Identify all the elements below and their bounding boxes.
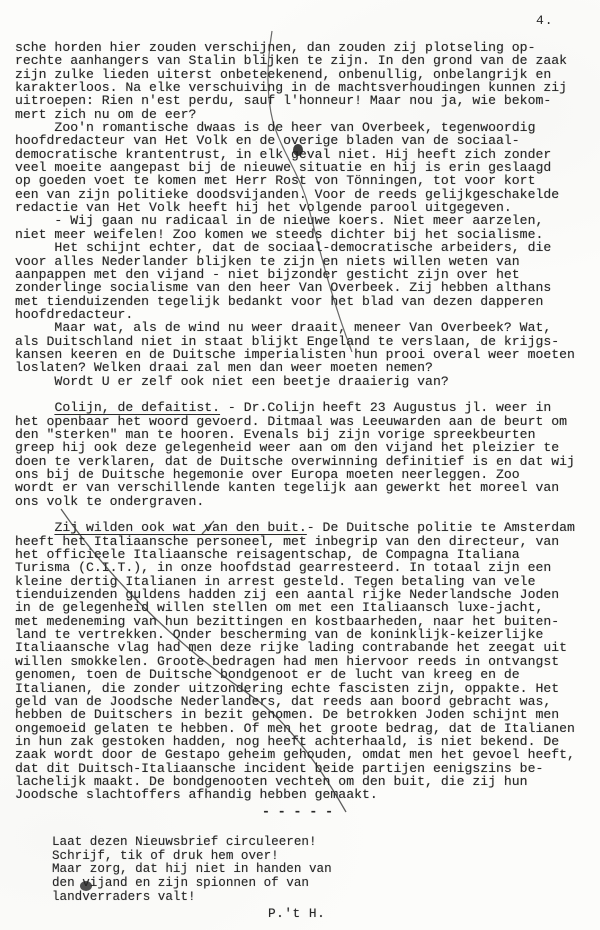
document-body-text: sche horden hier zouden verschijnen, dan…: [15, 41, 593, 802]
text-line: Turisma (C.I.T.), in onze hoofdstad gear…: [15, 561, 593, 574]
text-line: Schrijf, tik of druk hem over!: [52, 850, 332, 864]
text-line: Joodsche slachtoffers afhandig hebben ge…: [15, 788, 593, 801]
text-line: het officieele Italiaansche reisagentsch…: [15, 548, 593, 561]
text-line: zonderlinge socialisme van den heer Van …: [15, 281, 593, 294]
scanned-document-page: 4. sche horden hier zouden verschijnen, …: [0, 0, 600, 930]
text-line: wordt er van verschillende kanten tegeli…: [15, 481, 593, 494]
text-line: uitroepen: Rien n'est perdu, sauf l'honn…: [15, 94, 593, 107]
text-line: in hun zak gestoken hadden, nog heeft ac…: [15, 735, 593, 748]
text-line: Maar wat, als de wind nu weer draait, me…: [15, 321, 593, 334]
text-line: lachelijk maakt. De bondgenooten vechten…: [15, 775, 593, 788]
text-line: met medeneming van hun bezittingen en ko…: [15, 615, 593, 628]
text-line: mert zich nu om de eer?: [15, 108, 593, 121]
text-line: genomen, toen de Duitsche bondgenoot er …: [15, 668, 593, 681]
text-line: geld van de Joodsche Nederlanders, dat r…: [15, 695, 593, 708]
text-line: - Wij gaan nu radicaal in de nieuwe koer…: [15, 214, 593, 227]
text-line: democratische krantentrust, in elk geval…: [15, 148, 593, 161]
text-line: landverraders valt!: [52, 891, 332, 905]
text-line: willen smokkelen. Groote bedragen had me…: [15, 655, 593, 668]
text-line: redactie van Het Volk heeft hij het volg…: [15, 201, 593, 214]
text-line: het openbaar het woord gevoerd. Ditmaal …: [15, 415, 593, 428]
text-line: doen te verklaren, dat de Duitsche overw…: [15, 455, 593, 468]
text-line: Wordt U er zelf ook niet een beetje draa…: [15, 375, 593, 388]
text-line: [15, 388, 593, 401]
text-line: dat dit Duitsch-Italiaansche incident be…: [15, 762, 593, 775]
text-line: ongemoeid gelaten te hebben. Of men het …: [15, 722, 593, 735]
section-heading-line: Colijn, de defaitist. - Dr.Colijn heeft …: [15, 401, 593, 414]
page-number: 4.: [536, 13, 554, 28]
text-line: land te vertrekken. Onder bescherming va…: [15, 628, 593, 641]
text-line: sche horden hier zouden verschijnen, dan…: [15, 41, 593, 54]
text-line: als Duitschland niet in staat blijkt Eng…: [15, 335, 593, 348]
text-line: hebben de Duitschers in bezit genomen. D…: [15, 708, 593, 721]
section-divider-dashes: - - - - -: [262, 804, 333, 819]
text-line: rechte aanhangers van Stalin blijken te …: [15, 54, 593, 67]
section-heading-line: Zij wilden ook wat van den buit.- De Dui…: [15, 521, 593, 534]
text-line: veel moeite aangepast bij de nieuwe situ…: [15, 161, 593, 174]
text-line: hoofdredacteur.: [15, 308, 593, 321]
text-line: greep hij ook deze gelegenheid weer aan …: [15, 441, 593, 454]
text-line: hoofdredacteur van Het Volk en de overig…: [15, 134, 593, 147]
text-line: tienduizenden guldens hadden zij een aan…: [15, 588, 593, 601]
text-line: heeft het Italiaansche personeel, met in…: [15, 535, 593, 548]
text-line: Italiaansche vlag had men deze rijke lad…: [15, 641, 593, 654]
text-line: den "sterken" man te hooren. Evenals bij…: [15, 428, 593, 441]
text-line: met tienduizenden tegelijk bedankt voor …: [15, 295, 593, 308]
text-line: Laat dezen Nieuwsbrief circuleeren!: [52, 836, 332, 850]
text-line: op goeden voet te komen met Herr Rost vo…: [15, 174, 593, 187]
text-line: voor alles Nederlander blijken te zijn e…: [15, 255, 593, 268]
text-line: [15, 508, 593, 521]
text-line: Het schijnt echter, dat de sociaal-democ…: [15, 241, 593, 254]
text-line: karakterloos. Na elke verschuiving in de…: [15, 81, 593, 94]
text-line: ons bij de Duitsche hegemonie over Europ…: [15, 468, 593, 481]
text-line: zijn zulke lieden uiterst onbeteekenend,…: [15, 68, 593, 81]
author-signature: P.'t H.: [268, 906, 325, 921]
text-line: niet meer weifelen! Zoo komen we steeds …: [15, 228, 593, 241]
text-line: den vijand en zijn spionnen of van: [52, 877, 332, 891]
text-line: kansen keeren en de Duitsche imperialist…: [15, 348, 593, 361]
text-line: zaak wordt door de Gestapo geheim gehoud…: [15, 748, 593, 761]
text-line: in de gelegenheid willen stellen om met …: [15, 601, 593, 614]
text-line: Zoo'n romantische dwaas is de heer van O…: [15, 121, 593, 134]
text-line: Maar zorg, dat hij niet in handen van: [52, 863, 332, 877]
text-line: ons volk te ondergraven.: [15, 495, 593, 508]
text-line: aanpappen met den vijand - niet bijzonde…: [15, 268, 593, 281]
text-line: kleine dertig Italianen in arrest gestel…: [15, 575, 593, 588]
text-line: Italianen, die zonder uitzondering echte…: [15, 682, 593, 695]
text-line: loslaten? Welken draai zal men dan weer …: [15, 361, 593, 374]
distribution-instructions: Laat dezen Nieuwsbrief circuleeren!Schri…: [52, 836, 332, 904]
text-line: een van zijn politieke doodsvijanden. Vo…: [15, 188, 593, 201]
